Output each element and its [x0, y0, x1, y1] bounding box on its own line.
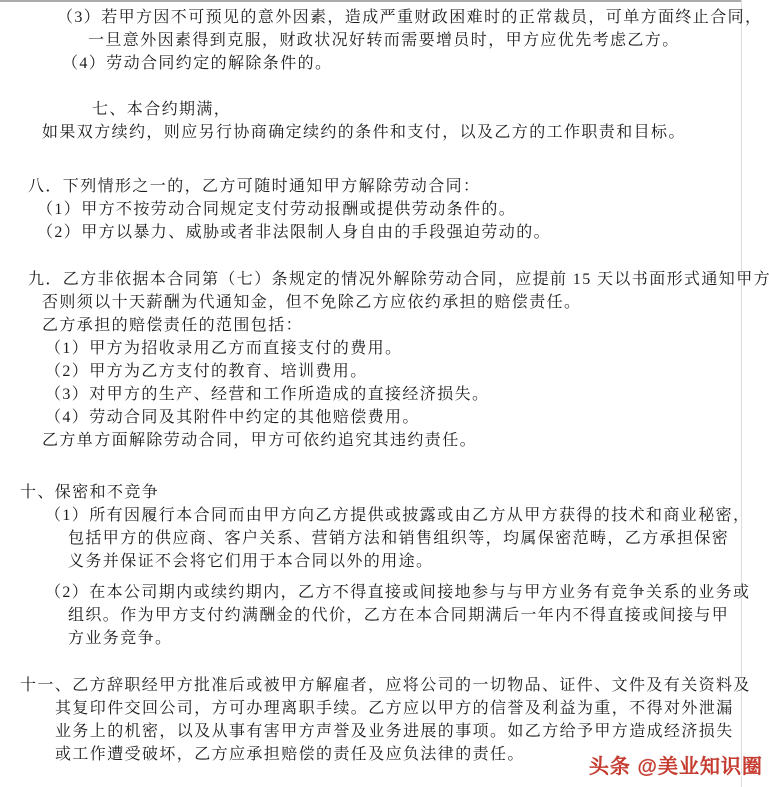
text-line: 八．下列情形之一的，乙方可随时通知甲方解除劳动合同： [28, 175, 769, 198]
text-line: 乙方单方面解除劳动合同，甲方可依约追究其违约责任。 [42, 429, 769, 452]
text-line: 七、本合约期满， [92, 98, 769, 121]
text-line: 方业务竞争。 [68, 627, 769, 650]
text-line: （2）甲方以暴力、威胁或者非法限制人身自由的手段强迫劳动的。 [37, 221, 769, 244]
text-line: 九．乙方非依据本合同第（七）条规定的情况外解除劳动合同，应提前 15 天以书面形… [28, 268, 769, 291]
text-line: （1）甲方为招收录用乙方而直接支付的费用。 [45, 337, 769, 360]
text-line: 包括甲方的供应商、客户关系、营销方法和销售组织等，均属保密范畴，乙方承担保密 [68, 527, 769, 550]
text-line: （3）若甲方因不可预见的意外因素，造成严重财政困难时的正常裁员，可单方面终止合同… [57, 6, 769, 29]
text-line: （3）对甲方的生产、经营和工作所造成的直接经济损失。 [45, 383, 769, 406]
text-line: 组织。作为甲方支付约满酬金的代价，乙方在本合同期满后一年内不得直接或间接与甲 [68, 604, 769, 627]
text-line: 十、保密和不竞争 [20, 481, 769, 504]
text-line: （1）甲方不按劳动合同规定支付劳动报酬或提供劳动条件的。 [37, 198, 769, 221]
text-line: 业务上的机密，以及从事有害甲方声誉及业务进展的事项。如乙方给予甲方造成经济损失 [55, 720, 769, 743]
watermark: 头条 @美业知识圈 [589, 750, 763, 779]
text-line: （4）劳动合同约定的解除条件的。 [62, 52, 769, 75]
text-line: 义务并保证不会将它们用于本合同以外的用途。 [68, 550, 769, 573]
document-page: （3）若甲方因不可预见的意外因素，造成严重财政困难时的正常裁员，可单方面终止合同… [0, 0, 769, 787]
text-line: 否则须以十天薪酬为代通知金，但不免除乙方应依约承担的赔偿责任。 [42, 291, 769, 314]
text-line: （4）劳动合同及其附件中约定的其他赔偿费用。 [45, 406, 769, 429]
text-line: 十一、乙方辞职经甲方批准后或被甲方解雇者，应将公司的一切物品、证件、文件及有关资… [20, 674, 769, 697]
text-line: （2）在本公司期内或续约期内，乙方不得直接或间接地参与与甲方业务有竞争关系的业务… [45, 581, 769, 604]
text-line: 一旦意外因素得到克服，财政状况好转而需要增员时，甲方应优先考虑乙方。 [88, 29, 769, 52]
text-line: 乙方承担的赔偿责任的范围包括： [42, 314, 769, 337]
text-line: （1）所有因履行本合同而由甲方向乙方提供或披露或由乙方从甲方获得的技术和商业秘密… [45, 504, 769, 527]
text-line: 其复印件交回公司，方可办理离职手续。乙方应以甲方的信誉及利益为重，不得对外泄漏 [55, 697, 769, 720]
text-line: 如果双方续约，则应另行协商确定续约的条件和支付，以及乙方的工作职责和目标。 [42, 121, 769, 144]
text-line: （2）甲方为乙方支付的教育、培训费用。 [45, 360, 769, 383]
document-lines: （3）若甲方因不可预见的意外因素，造成严重财政困难时的正常裁员，可单方面终止合同… [0, 0, 769, 766]
